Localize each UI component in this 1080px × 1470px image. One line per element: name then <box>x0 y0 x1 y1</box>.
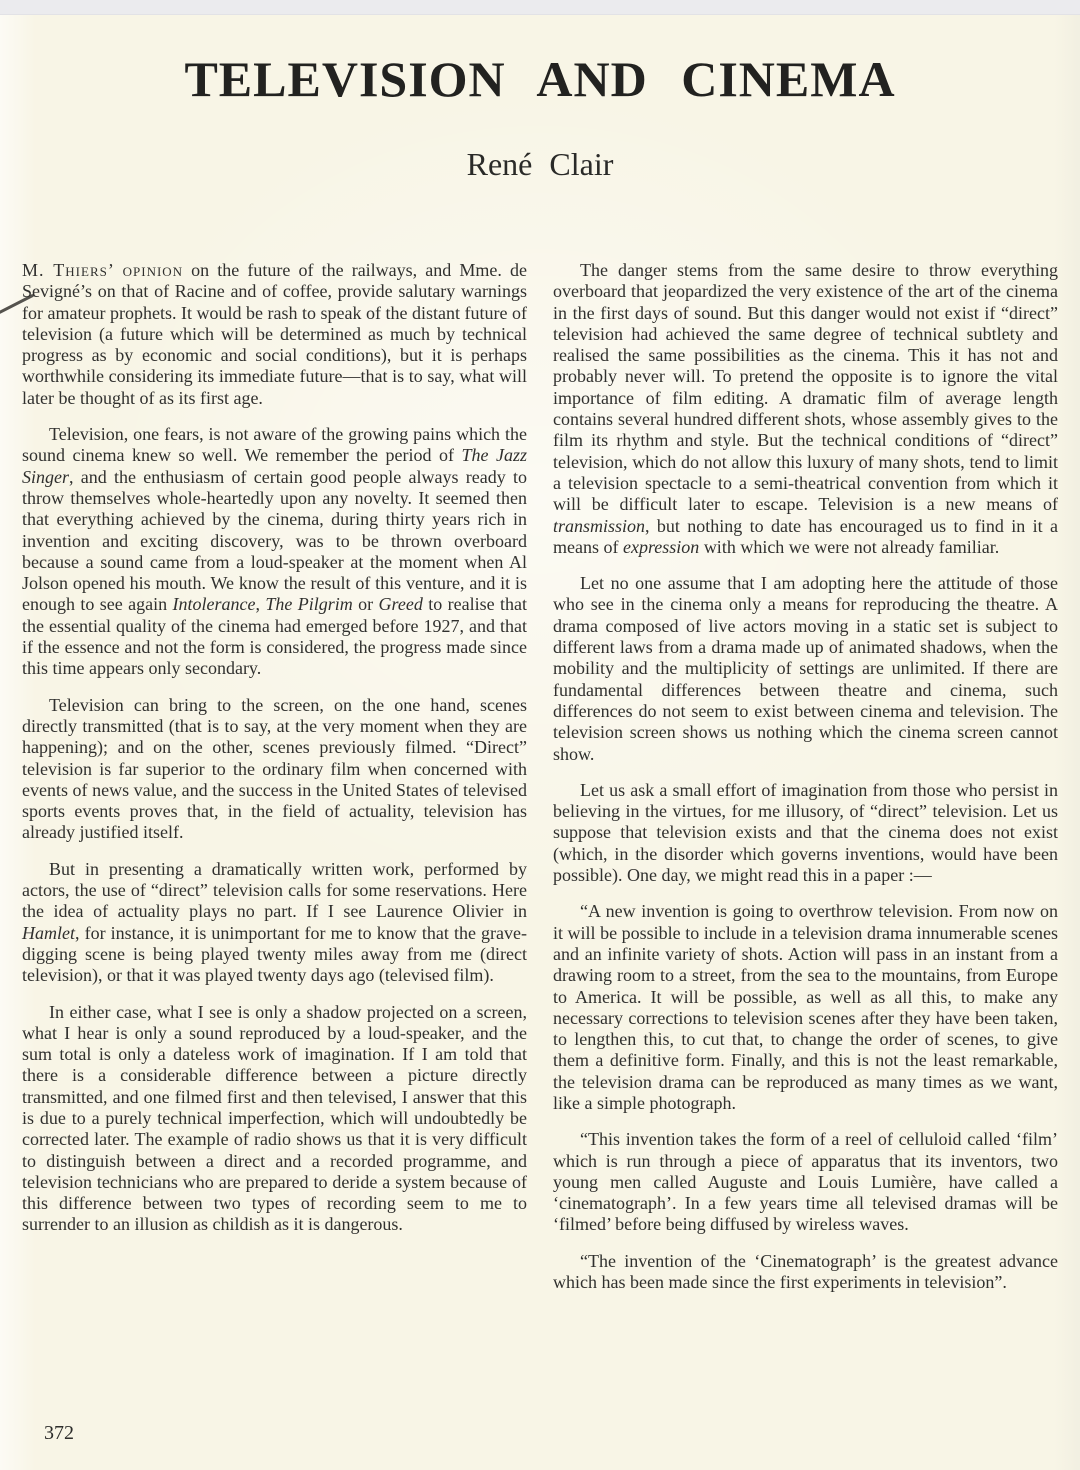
body-text: “This invention takes the form of a reel… <box>553 1129 1058 1234</box>
body-text: , for instance, it is unimportant for me… <box>22 923 527 986</box>
document-page: TELEVISION AND CINEMA René Clair M. Thie… <box>0 0 1080 1470</box>
paragraph: Let us ask a small effort of imagination… <box>553 780 1058 886</box>
paragraph: M. Thiers’ opinion on the future of the … <box>22 260 527 409</box>
paragraph: Television can bring to the screen, on t… <box>22 695 527 844</box>
paragraph: “This invention takes the form of a reel… <box>553 1129 1058 1235</box>
italic-text: expression <box>623 537 699 557</box>
paragraph: The danger stems from the same desire to… <box>553 260 1058 558</box>
body-text: , <box>255 594 265 614</box>
scan-edge-strip <box>0 0 1080 15</box>
italic-text: Intolerance <box>173 594 256 614</box>
small-caps-text: M. Thiers’ opinion <box>22 260 183 280</box>
body-text: Let us ask a small effort of imagination… <box>553 780 1058 885</box>
paragraph: “The invention of the ‘Cinematograph’ is… <box>553 1251 1058 1294</box>
body-text: Let no one assume that I am adopting her… <box>553 573 1058 763</box>
italic-text: The Pilgrim <box>265 594 352 614</box>
left-column: M. Thiers’ opinion on the future of the … <box>22 260 527 1308</box>
right-column: The danger stems from the same desire to… <box>553 260 1058 1308</box>
body-text: Television, one fears, is not aware of t… <box>22 424 527 465</box>
italic-text: Greed <box>379 594 423 614</box>
italic-text: Hamlet <box>22 923 75 943</box>
article-author: René Clair <box>0 146 1080 183</box>
body-text: But in presenting a dramatically written… <box>22 859 527 922</box>
body-text: In either case, what I see is only a sha… <box>22 1002 527 1235</box>
body-text: “The invention of the ‘Cinematograph’ is… <box>553 1251 1058 1292</box>
paragraph: But in presenting a dramatically written… <box>22 859 527 987</box>
body-text: , and the enthusiasm of certain good peo… <box>22 467 527 615</box>
body-text: The danger stems from the same desire to… <box>553 260 1058 514</box>
paragraph: Let no one assume that I am adopting her… <box>553 573 1058 765</box>
body-text: with which we were not already familiar. <box>699 537 999 557</box>
page-number: 372 <box>44 1422 74 1445</box>
paragraph: Television, one fears, is not aware of t… <box>22 424 527 680</box>
body-text: or <box>353 594 379 614</box>
article-body: M. Thiers’ opinion on the future of the … <box>22 260 1058 1308</box>
body-text: on the future of the railways, and Mme. … <box>22 260 527 408</box>
article-title: TELEVISION AND CINEMA <box>0 50 1080 108</box>
paragraph: “A new invention is going to overthrow t… <box>553 901 1058 1114</box>
italic-text: transmission <box>553 516 645 536</box>
body-text: Television can bring to the screen, on t… <box>22 695 527 843</box>
paragraph: In either case, what I see is only a sha… <box>22 1002 527 1236</box>
body-text: “A new invention is going to overthrow t… <box>553 901 1058 1113</box>
